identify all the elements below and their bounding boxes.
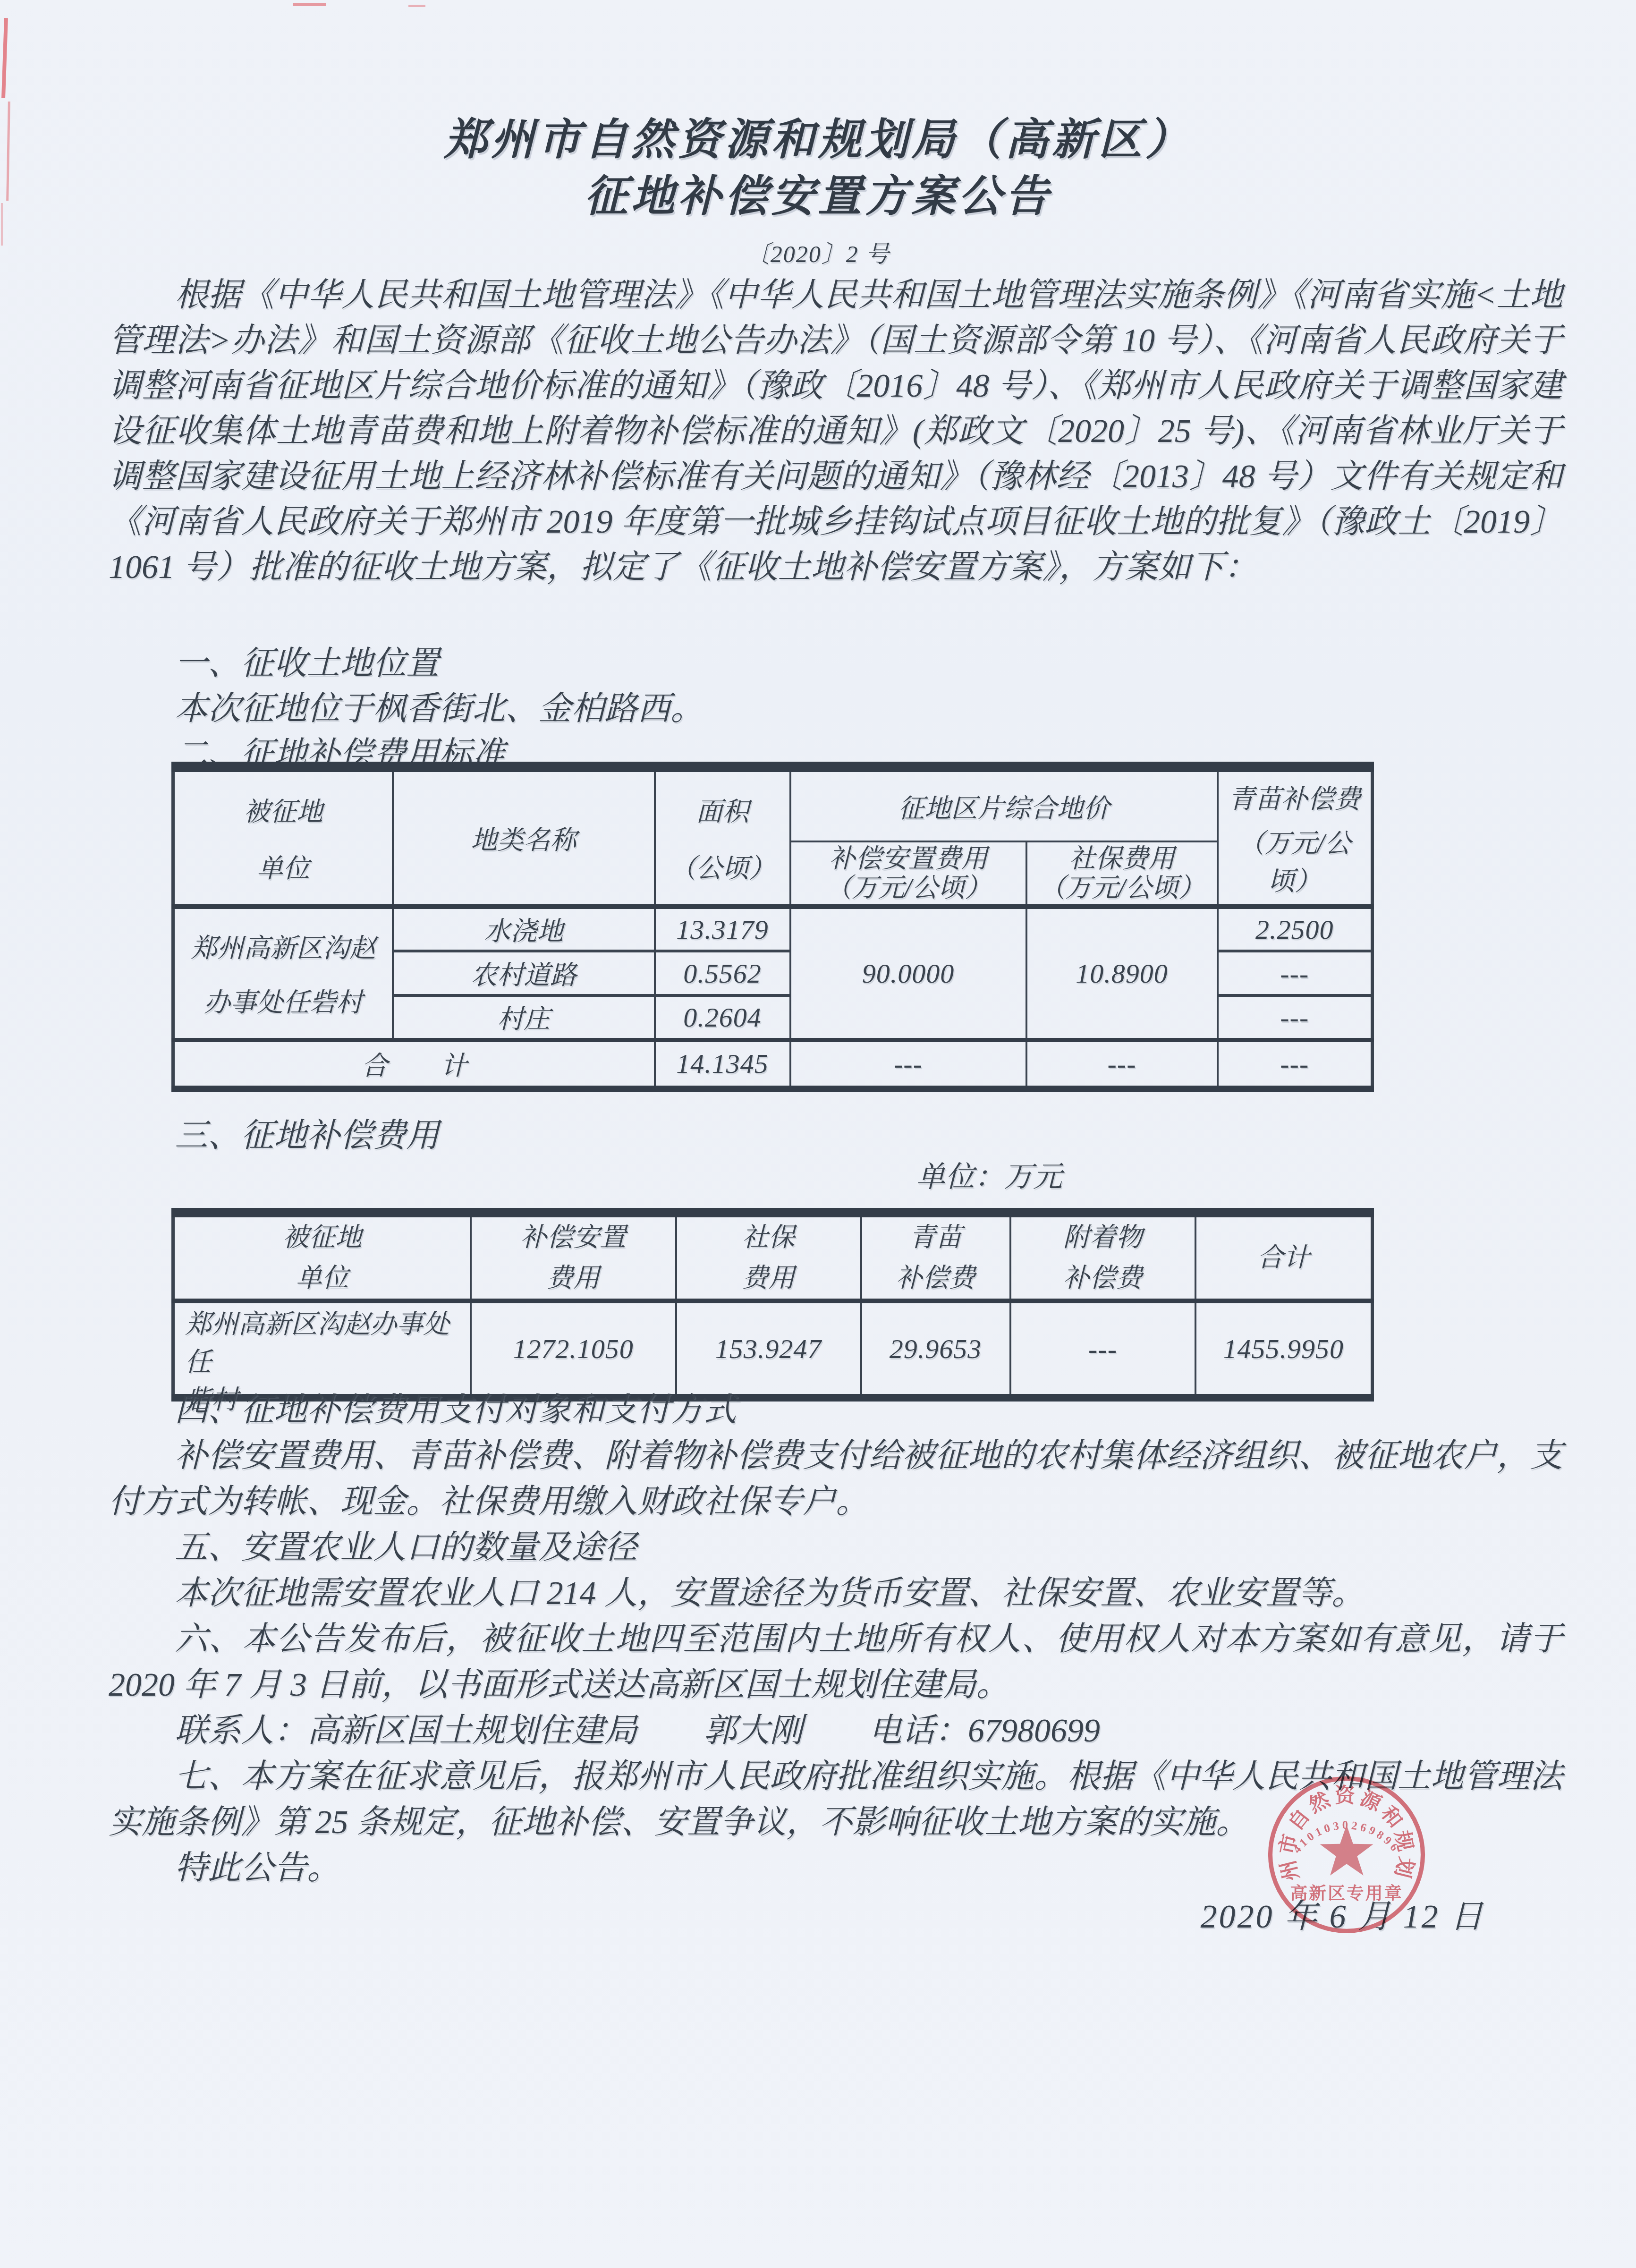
- landtype-cell: 水浇地: [393, 907, 655, 951]
- header-seedling: 青苗补偿费（万元/公顷）: [1218, 767, 1373, 907]
- compensation-cell: 1272.1050: [471, 1301, 676, 1398]
- compensation-standard-table: 被征地单位 地类名称 面积（公顷） 征地区片综合地价 青苗补偿费（万元/公顷） …: [171, 762, 1374, 1092]
- total-label: 合 计: [173, 1040, 655, 1089]
- header-area: 面积（公顷）: [655, 767, 790, 907]
- seedling-cell: ---: [1218, 995, 1373, 1040]
- header-unit: 被征地单位: [173, 767, 393, 907]
- page-title-line1: 郑州市自然资源和规划局（高新区）: [0, 105, 1636, 167]
- area-cell: 0.5562: [655, 951, 790, 995]
- landtype-cell: 农村道路: [393, 951, 655, 995]
- section5-heading: 五、安置农业人口的数量及途径: [109, 1525, 1563, 1571]
- section4-body: 补偿安置费用、青苗补偿费、附着物补偿费支付给被征地的农村集体经济组织、被征地农户…: [109, 1433, 1563, 1525]
- section4-heading: 四、征地补偿费用支付对象和支付方式: [109, 1387, 1563, 1433]
- total-cell: 1455.9950: [1195, 1301, 1373, 1398]
- header-social: 社保费用（万元/公顷）: [1026, 841, 1218, 907]
- contact-line: 联系人：高新区国土规划住建局 郭大刚 电话：67980699: [109, 1708, 1563, 1754]
- compensation-amount-table: 被征地单位 补偿安置费用 社保费用 青苗补偿费 附着物补偿费 合计 郑州高新区沟…: [171, 1208, 1374, 1402]
- official-seal: 郑州市自然资源和规划局 高新区专用章 4101030269896: [1260, 1772, 1433, 1945]
- scan-artifact: [408, 5, 425, 7]
- seedling-cell: ---: [1218, 951, 1373, 995]
- header-seedling: 青苗补偿费: [861, 1213, 1010, 1301]
- social-cell: 10.8900: [1026, 907, 1218, 1040]
- social-cell: 153.9247: [676, 1301, 861, 1398]
- seal-banner-text: 高新区专用章: [1290, 1884, 1403, 1903]
- header-landtype: 地类名称: [393, 767, 655, 907]
- total-compensation: ---: [790, 1040, 1026, 1089]
- scan-artifact: [1, 18, 8, 98]
- header-unit: 被征地单位: [173, 1213, 471, 1301]
- table-header-row: 被征地单位 补偿安置费用 社保费用 青苗补偿费 附着物补偿费 合计: [173, 1213, 1373, 1301]
- village-cell: 郑州高新区沟赵办事处任砦村: [173, 907, 393, 1040]
- header-attachment: 附着物补偿费: [1010, 1213, 1195, 1301]
- section1-heading: 一、征收土地位置: [109, 637, 1563, 684]
- compensation-cell: 90.0000: [790, 907, 1026, 1040]
- header-compensation: 补偿安置费用（万元/公顷）: [790, 841, 1026, 907]
- total-area: 14.1345: [655, 1040, 790, 1089]
- seedling-cell: 2.2500: [1218, 907, 1373, 951]
- header-price-group: 征地区片综合地价: [790, 767, 1218, 841]
- unit-note: 单位：万元: [916, 1153, 1062, 1195]
- section3-heading: 三、征地补偿费用: [109, 1109, 1563, 1156]
- document-number: 〔2020〕2 号: [0, 235, 1636, 269]
- header-total: 合计: [1195, 1213, 1373, 1301]
- table-header-row: 被征地单位 地类名称 面积（公顷） 征地区片综合地价 青苗补偿费（万元/公顷）: [173, 767, 1373, 841]
- header-compensation: 补偿安置费用: [471, 1213, 676, 1301]
- table-row: 郑州高新区沟赵办事处任砦村 1272.1050 153.9247 29.9653…: [173, 1301, 1373, 1398]
- section1-body: 本次征地位于枫香街北、金柏路西。: [109, 682, 1563, 730]
- intro-paragraph: 根据《中华人民共和国土地管理法》《中华人民共和国土地管理法实施条例》《河南省实施…: [109, 273, 1563, 590]
- header-social: 社保费用: [676, 1213, 861, 1301]
- landtype-cell: 村庄: [393, 995, 655, 1040]
- section5-body: 本次征地需安置农业人口 214 人，安置途径为货币安置、社保安置、农业安置等。: [109, 1571, 1563, 1616]
- intro-text: 根据《中华人民共和国土地管理法》《中华人民共和国土地管理法实施条例》《河南省实施…: [109, 273, 1563, 590]
- total-seedling: ---: [1218, 1040, 1373, 1089]
- document-page: 郑州市自然资源和规划局（高新区） 征地补偿安置方案公告 〔2020〕2 号 根据…: [0, 0, 1636, 2268]
- page-title-line2: 征地补偿安置方案公告: [0, 161, 1636, 224]
- area-cell: 0.2604: [655, 995, 790, 1040]
- attachment-cell: ---: [1010, 1301, 1195, 1398]
- total-social: ---: [1026, 1040, 1218, 1089]
- village-cell: 郑州高新区沟赵办事处任砦村: [173, 1301, 471, 1398]
- area-cell: 13.3179: [655, 907, 790, 951]
- scan-artifact: [293, 3, 326, 6]
- table-row: 郑州高新区沟赵办事处任砦村 水浇地 13.3179 90.0000 10.890…: [173, 907, 1373, 951]
- table-total-row: 合 计 14.1345 --- --- ---: [173, 1040, 1373, 1089]
- section6-paragraph: 六、本公告发布后，被征收土地四至范围内土地所有权人、使用权人对本方案如有意见，请…: [109, 1616, 1563, 1708]
- seedling-cell: 29.9653: [861, 1301, 1010, 1398]
